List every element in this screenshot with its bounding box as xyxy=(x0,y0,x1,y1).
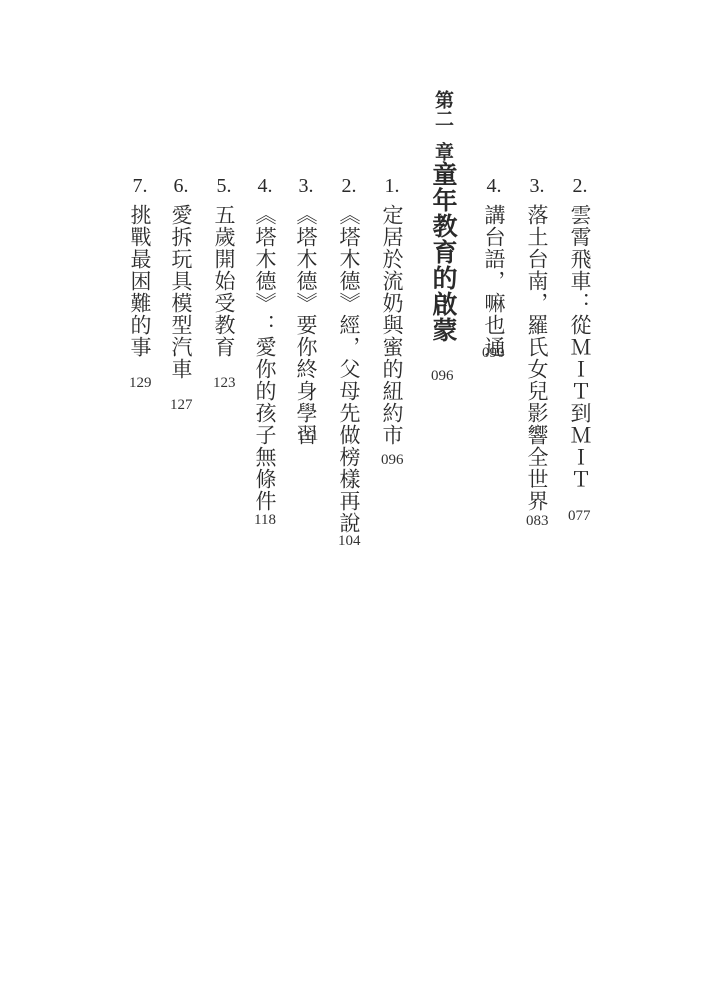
toc-entry: 3. 《塔木德》要你終身學習 xyxy=(291,176,321,446)
chapter-heading: 第 二 章 童年教育的啟蒙 xyxy=(428,90,458,343)
entry-page-number: 123 xyxy=(213,375,236,391)
entry-page-number: 090 xyxy=(482,345,505,361)
entry-page-number: 111 xyxy=(297,428,318,444)
toc-entry: 2. 雲霄飛車：從ＭＩＴ到ＭＩＴ xyxy=(565,176,595,490)
entry-title: 定居於流奶與蜜的紐約市 xyxy=(377,204,407,446)
toc-entry: 2. 《塔木德》經，父母先做榜樣再說 xyxy=(334,176,364,534)
entry-number: 3. xyxy=(530,176,545,204)
entry-number: 5. xyxy=(217,176,232,204)
chapter-label-2: 二 xyxy=(428,109,458,128)
entry-number: 1. xyxy=(385,176,400,204)
entry-number: 2. xyxy=(342,176,357,204)
entry-number: 2. xyxy=(573,176,588,204)
entry-page-number: 118 xyxy=(254,512,276,528)
entry-page-number: 104 xyxy=(338,533,361,549)
entry-page-number: 129 xyxy=(129,375,152,391)
entry-title: 愛拆玩具模型汽車 xyxy=(166,204,196,380)
entry-page-number: 083 xyxy=(526,513,549,529)
toc-entry: 1. 定居於流奶與蜜的紐約市 xyxy=(377,176,407,446)
entry-number: 4. xyxy=(487,176,502,204)
toc-entry: 3. 落土台南，羅氏女兒影響全世界 xyxy=(522,176,552,512)
entry-title: 講台語，嘛也通 xyxy=(479,204,509,358)
chapter-label-1: 第 xyxy=(428,90,458,109)
toc-entry: 4. 講台語，嘛也通 xyxy=(479,176,509,358)
chapter-page-number: 096 xyxy=(431,368,454,384)
entry-title: 《塔木德》：愛你的孩子無條件 xyxy=(250,204,280,512)
toc-entry: 7. 挑戰最困難的事 xyxy=(125,176,155,358)
chapter-title: 童年教育的啟蒙 xyxy=(428,161,458,343)
chapter-label-3: 章 xyxy=(428,142,458,161)
toc-entry: 5. 五歲開始受教育 xyxy=(209,176,239,358)
entry-title: 《塔木德》要你終身學習 xyxy=(291,204,321,446)
entry-title: 落土台南，羅氏女兒影響全世界 xyxy=(522,204,552,512)
entry-number: 7. xyxy=(133,176,148,204)
entry-title: 五歲開始受教育 xyxy=(209,204,239,358)
entry-title: 雲霄飛車：從ＭＩＴ到ＭＩＴ xyxy=(565,204,595,490)
entry-title: 挑戰最困難的事 xyxy=(125,204,155,358)
entry-number: 4. xyxy=(258,176,273,204)
entry-page-number: 077 xyxy=(568,508,591,524)
entry-page-number: 096 xyxy=(381,452,404,468)
toc-entry: 4. 《塔木德》：愛你的孩子無條件 xyxy=(250,176,280,512)
entry-title: 《塔木德》經，父母先做榜樣再說 xyxy=(334,204,364,534)
entry-number: 3. xyxy=(299,176,314,204)
entry-page-number: 127 xyxy=(170,397,193,413)
toc-entry: 6. 愛拆玩具模型汽車 xyxy=(166,176,196,380)
entry-number: 6. xyxy=(174,176,189,204)
